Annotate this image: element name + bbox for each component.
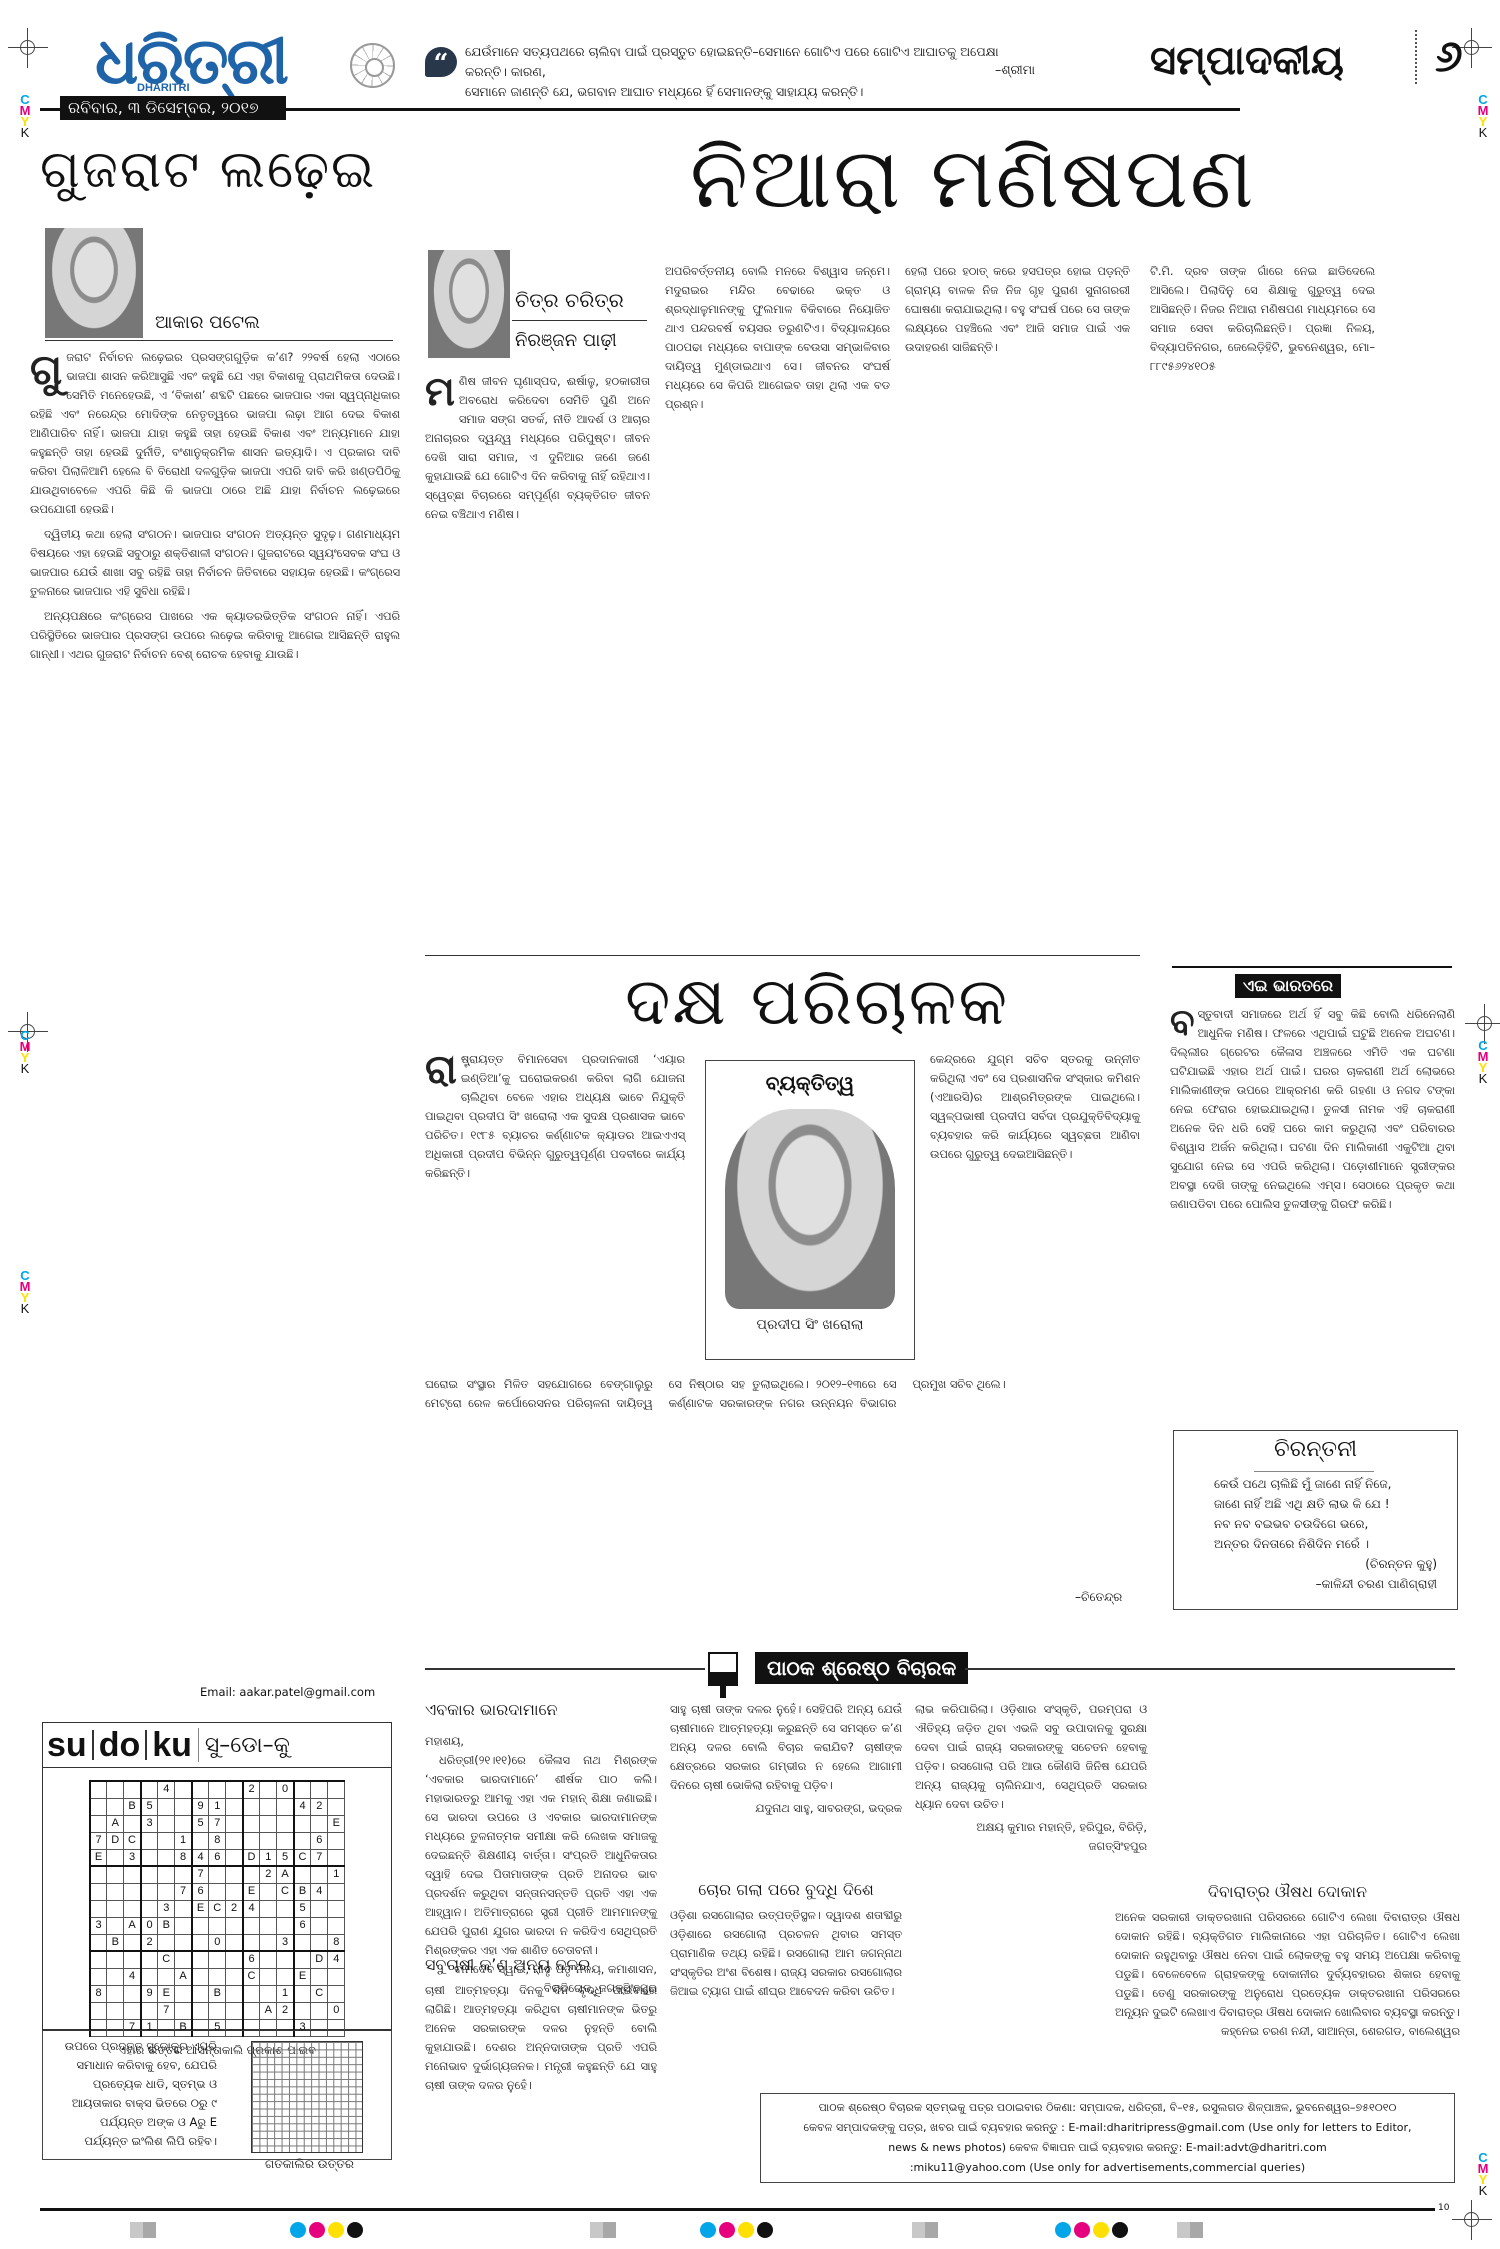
sudoku-cell[interactable]: A [277,1866,294,1883]
sudoku-cell[interactable] [209,1951,226,1968]
sudoku-cell[interactable] [141,1883,158,1900]
sudoku-cell[interactable] [158,1934,175,1951]
sudoku-cell[interactable] [260,1968,277,1985]
sudoku-cell[interactable]: E [243,1883,260,1900]
sudoku-cell[interactable]: 0 [328,2002,345,2019]
profile-caption: ପ୍ରଦୀପ ସିଂ ଖରୋଲା [706,1317,914,1333]
sudoku-cell[interactable] [260,1951,277,1968]
sudoku-cell[interactable]: B [209,1985,226,2002]
sudoku-cell[interactable] [311,1900,328,1917]
sudoku-cell[interactable] [328,1917,345,1934]
sudoku-cell[interactable]: 0 [277,1781,294,1798]
cmyk-marks-left-1: CMYK [18,1030,32,1074]
quote-of-day: ଯେଉଁମାନେ ସତ୍ୟପଥରେ ଚାଲିବା ପାଇଁ ପ୍ରସ୍ତୁତ ହ… [465,42,1040,102]
grey-patch [590,2222,616,2238]
color-dots [290,2222,366,2242]
sudoku-cell[interactable] [124,1934,141,1951]
sudoku-cell[interactable] [192,1934,209,1951]
sudoku-cell[interactable] [328,1883,345,1900]
sudoku-cell[interactable] [226,1832,243,1849]
sudoku-cell[interactable] [90,2002,107,2019]
cmyk-marks-right-mid: CMYK [1476,1040,1490,1084]
center-headline: ନିଆରା ମଣିଷପଣ [690,128,1255,228]
cmyk-marks-left-2: CMYK [18,1270,32,1314]
profile-photo [725,1109,895,1309]
sudoku-cell[interactable] [277,1900,294,1917]
previous-answer-grid [251,2041,363,2153]
sudoku-cell[interactable] [294,1985,311,2002]
sudoku-cell[interactable] [141,1951,158,1968]
sudoku-cell[interactable] [192,1832,209,1849]
left-article: ଗୁ ଜରାଟ ନିର୍ବାଚନ ଲଢ଼େଇର ପ୍ରସଙ୍ଗଗୁଡ଼ିକ କ’… [30,348,400,664]
sudoku-cell[interactable]: E [328,1815,345,1832]
sudoku-cell[interactable] [107,1985,124,2002]
right-article: ବ ସ୍ତୁବାଦୀ ସମାଜରେ ଅର୍ଥ ହିଁ ସବୁ କିଛି ବୋଲି… [1170,1005,1455,1214]
sudoku-cell[interactable]: 6 [294,1917,311,1934]
sudoku-cell[interactable] [226,1934,243,1951]
sudoku-cell[interactable] [226,1883,243,1900]
sudoku-cell[interactable]: 7 [192,1866,209,1883]
sudoku-cell[interactable] [260,1883,277,1900]
sudoku-cell[interactable]: A [175,1968,192,1985]
series-title: ଚିତ୍ର ଚରିତ୍ର [515,288,624,312]
sudoku-cell[interactable] [243,1832,260,1849]
poem-title-rule [1254,1471,1374,1472]
sudoku-cell[interactable]: C [243,1968,260,1985]
sudoku-cell[interactable] [141,2002,158,2019]
sudoku-cell[interactable] [260,1900,277,1917]
sudoku-cell[interactable]: 5 [294,1900,311,1917]
sudoku-cell[interactable] [175,2002,192,2019]
sudoku-cell[interactable] [277,1798,294,1815]
sudoku-cell[interactable] [209,1917,226,1934]
sudoku-cell[interactable] [226,1866,243,1883]
sudoku-cell[interactable] [158,1798,175,1815]
sudoku-cell[interactable] [226,1849,243,1866]
center-article-col2: ଅପରିବର୍ତ୍ତନୀୟ ବୋଲି ମନରେ ବିଶ୍ୱାସ ଜନ୍ମେ। ମ… [665,262,890,414]
mid-article-sign: –ଚିତେନ୍ଦ୍ର [1075,1590,1122,1605]
sudoku-cell[interactable] [90,1968,107,1985]
sudoku-cell[interactable] [158,1883,175,1900]
sudoku-cell[interactable]: 3 [90,1917,107,1934]
sudoku-cell[interactable]: 2 [226,1900,243,1917]
sudoku-cell[interactable] [158,1849,175,1866]
sudoku-cell[interactable]: 6 [311,1832,328,1849]
mailbox-icon [708,1648,746,1692]
sudoku-box: su do ku ସୁ–ଡୋ–କୁ 420B59142A357E7DC186E3… [42,1722,392,2030]
sudoku-cell[interactable] [277,1815,294,1832]
sudoku-cell[interactable] [311,1968,328,1985]
sudoku-cell[interactable] [90,1934,107,1951]
letter-title: ଏବକାର ଭାରଦାମାନେ [425,1700,657,1720]
sudoku-cell[interactable] [124,1951,141,1968]
sudoku-cell[interactable] [260,1815,277,1832]
letter-title: ସବୁଚାଷୀ କ’ଣ ଅନ୍ୟ ଦଳର [425,1955,657,1975]
letter-title: ଦିବାରାତ୍ର ଔଷଧ ଦୋକାନ [1115,1882,1460,1902]
sudoku-cell[interactable]: E [192,1900,209,1917]
letter-5-medicine-shop: ଦିବାରାତ୍ର ଔଷଧ ଦୋକାନ ଅନେକ ସରକାରୀ ଡାକ୍ତରଖା… [1115,1882,1460,2041]
sudoku-cell[interactable]: 3 [141,1815,158,1832]
sudoku-cell[interactable] [90,1798,107,1815]
sudoku-cell[interactable]: A [107,1815,124,1832]
sudoku-cell[interactable] [294,1781,311,1798]
quote-bubble-icon: “ [425,47,457,77]
sudoku-row: 3A0B6 [90,1917,345,1934]
sudoku-cell[interactable] [124,1781,141,1798]
sudoku-cell[interactable] [124,1883,141,1900]
sudoku-cell[interactable]: 8 [90,1985,107,2002]
newspaper-logo-latin: DHARITRI [137,82,190,94]
right-section-rule [1172,966,1452,968]
sudoku-cell[interactable]: 3 [158,1900,175,1917]
sudoku-cell[interactable] [107,1900,124,1917]
sudoku-cell[interactable] [226,1781,243,1798]
sudoku-cell[interactable]: 0 [209,1934,226,1951]
letters-banner: ପାଠକ ଶ୍ରେଷ୍ଠ ବିଚାରକ [755,1652,968,1684]
sudoku-cell[interactable] [107,1917,124,1934]
sudoku-cell[interactable]: 7 [90,1832,107,1849]
sudoku-cell[interactable] [175,1934,192,1951]
sudoku-cell[interactable] [192,1951,209,1968]
sudoku-cell[interactable] [243,1985,260,2002]
sudoku-cell[interactable]: 1 [277,1985,294,2002]
page-number: ୬ [1415,30,1463,84]
sudoku-cell[interactable] [90,1900,107,1917]
sudoku-row: E3846D15C7 [90,1849,345,1866]
sudoku-cell[interactable]: C [294,1849,311,1866]
sudoku-cell[interactable] [192,1968,209,1985]
sudoku-cell[interactable]: 8 [175,1849,192,1866]
sudoku-cell[interactable]: 8 [209,1832,226,1849]
sudoku-row: A357E [90,1815,345,1832]
sudoku-answer-panel: ଉପରେ ପ୍ରଦତ୍ତ ସୁଡୋକୁର ଏପରି ସମାଧାନ କରିବାକୁ… [42,2030,392,2160]
sudoku-cell[interactable]: B [124,1798,141,1815]
edition-date: ରବିବାର, ୩ ଡିସେମ୍ବର, ୨୦୧୭ [60,96,286,120]
sudoku-cell[interactable] [328,1798,345,1815]
sudoku-cell[interactable]: 1 [260,1849,277,1866]
color-dots [700,2222,776,2242]
center-article-col1: ମ ଣିଷ ଜୀବନ ଘୃଣାସ୍ପଦ, ଈର୍ଷାଳୁ, ହଠକାରୀତା ଅ… [425,372,650,524]
sudoku-cell[interactable] [192,2002,209,2019]
sudoku-cell[interactable] [107,1798,124,1815]
sudoku-cell[interactable] [90,1883,107,1900]
mid-article-col1: ରା ଷ୍ଟ୍ରାୟତ୍ତ ବିମାନସେବା ପ୍ରଦାନକାରୀ ‘ଏୟାର… [425,1050,685,1183]
sudoku-cell[interactable]: 7 [311,1849,328,1866]
poem-title: ଚିରନ୍ତନୀ [1174,1437,1457,1462]
sudoku-cell[interactable] [141,1781,158,1798]
sudoku-cell[interactable]: 7 [175,1883,192,1900]
letters-rule-left [425,1668,705,1670]
profile-box: ବ୍ୟକ୍ତିତ୍ୱ ପ୍ରଦୀପ ସିଂ ଖରୋଲା [705,1060,915,1360]
sudoku-cell[interactable] [175,1951,192,1968]
quote-author: –ଶ୍ରୀମା [995,62,1035,78]
sudoku-cell[interactable]: E [158,1985,175,2002]
folio-number: 10 [1438,2203,1449,2213]
sudoku-row: 72A1 [90,1866,345,1883]
sudoku-cell[interactable] [243,1917,260,1934]
sudoku-cell[interactable] [175,1798,192,1815]
sudoku-cell[interactable] [209,1781,226,1798]
center-author: ନିରଞ୍ଜନ ପାଢ଼ୀ [515,330,617,351]
sudoku-title: su do ku ସୁ–ଡୋ–କୁ [43,1723,391,1768]
sudoku-cell[interactable] [141,1866,158,1883]
previous-answer-caption: ଗତକାଲିର ଉତ୍ତର [265,2157,354,2172]
sudoku-cell[interactable]: 6 [209,1849,226,1866]
sudoku-cell[interactable] [226,1985,243,2002]
sudoku-cell[interactable] [226,1951,243,1968]
sudoku-cell[interactable]: 9 [192,1798,209,1815]
sudoku-cell[interactable] [277,1951,294,1968]
letter-title: ଚୋର ଗଲା ପରେ ବୁଦ୍ଧି ଦିଶେ [670,1880,902,1900]
sudoku-cell[interactable]: C [311,1985,328,2002]
letter-2-cont: ସାହୁ ଚାଷୀ ତାଙ୍କ ଦଳର ନୁହେଁ। ସେହିପରି ଅନ୍ୟ … [670,1700,902,1818]
poem-box: ଚିରନ୍ତନୀ କେଉଁ ପଥେ ଚାଲିଛି ମୁଁ ଜାଣେ ନାହିଁ … [1173,1430,1458,1610]
drop-cap: ମ [425,372,455,412]
sudoku-cell[interactable] [124,2002,141,2019]
sudoku-cell[interactable] [277,1917,294,1934]
sudoku-cell[interactable]: A [260,2002,277,2019]
sudoku-cell[interactable] [90,1781,107,1798]
sudoku-cell[interactable] [294,1866,311,1883]
sudoku-cell[interactable] [175,1985,192,2002]
sudoku-cell[interactable]: 7 [158,2002,175,2019]
sudoku-cell[interactable] [311,1815,328,1832]
sudoku-cell[interactable]: 6 [243,1951,260,1968]
drop-cap: ଗୁ [30,348,62,392]
sudoku-cell[interactable]: 5 [141,1798,158,1815]
mid-article-bottom: ଘରୋଇ ସଂସ୍ଥାର ମିଳିତ ସହଯୋଗରେ ବେଙ୍ଗାଲୁରୁ ମେ… [425,1375,1140,1413]
sudoku-cell[interactable] [243,2002,260,2019]
sudoku-row: 420 [90,1781,345,1798]
sudoku-cell[interactable]: 1 [209,1798,226,1815]
center-article-col3: ହେଲା ପରେ ହଠାତ୍ କରେ ହସପତ୍ର ହୋଇ ପଡ଼ନ୍ତି ଗ୍… [905,262,1130,357]
sudoku-cell[interactable] [192,1985,209,2002]
sudoku-cell[interactable] [311,1781,328,1798]
sudoku-cell[interactable] [260,1798,277,1815]
sudoku-cell[interactable] [226,1798,243,1815]
center-article-col4: ଟି.ମି. ଦ୍ରବ ତାଙ୍କ ଗାଁରେ ନେଇ ଛାଡିଦେଲେ ଆସି… [1150,262,1375,376]
sudoku-cell[interactable] [175,1900,192,1917]
grey-patch [1177,2222,1203,2238]
sudoku-cell[interactable] [192,1781,209,1798]
profile-label: ବ୍ୟକ୍ତିତ୍ୱ [706,1071,914,1095]
drop-cap: ବ [1170,1005,1195,1041]
sudoku-cell[interactable] [192,1917,209,1934]
sudoku-cell[interactable]: 4 [158,1781,175,1798]
sudoku-cell[interactable]: C [277,1883,294,1900]
sudoku-cell[interactable] [294,1951,311,1968]
sudoku-cell[interactable] [311,2002,328,2019]
sudoku-cell[interactable]: C [209,1900,226,1917]
sudoku-cell[interactable] [141,1849,158,1866]
sudoku-cell[interactable] [328,1900,345,1917]
mid-headline: ଦକ୍ଷ ପରିଚାଳକ [625,960,1009,1044]
cmyk-marks-top-right: CMYK [1476,94,1490,138]
sudoku-cell[interactable]: 1 [175,1832,192,1849]
sudoku-row: B2038 [90,1934,345,1951]
sudoku-cell[interactable]: 1 [328,1866,345,1883]
sudoku-cell[interactable] [107,1951,124,1968]
sudoku-cell[interactable] [90,1866,107,1883]
footer-rule [40,2208,1435,2211]
wheel-emblem-icon [350,43,395,88]
sudoku-cell[interactable] [209,2002,226,2019]
sudoku-row: 4ACE [90,1968,345,1985]
sudoku-cell[interactable]: D [311,1951,328,1968]
sudoku-cell[interactable] [158,1815,175,1832]
sudoku-cell[interactable] [260,1832,277,1849]
sudoku-cell[interactable] [243,1798,260,1815]
sudoku-cell[interactable] [294,1815,311,1832]
sudoku-cell[interactable]: 3 [124,1849,141,1866]
left-author-email[interactable]: Email: aakar.patel@gmail.com [200,1685,375,1699]
sudoku-row: 3EC245 [90,1900,345,1917]
sudoku-cell[interactable] [328,1985,345,2002]
sudoku-grid[interactable]: 420B59142A357E7DC186E3846D15C772A176ECB4… [89,1780,346,2037]
sudoku-cell[interactable] [141,1968,158,1985]
mid-divider [425,955,1140,956]
sudoku-cell[interactable]: D [107,1832,124,1849]
sudoku-cell[interactable]: 2 [277,2002,294,2019]
registration-mark-bottom-right [1452,2200,1492,2240]
sudoku-cell[interactable] [243,1934,260,1951]
sudoku-cell[interactable] [209,1968,226,1985]
sudoku-cell[interactable]: 5 [277,1849,294,1866]
sudoku-cell[interactable] [226,2002,243,2019]
sudoku-cell[interactable] [141,1832,158,1849]
sudoku-cell[interactable] [243,1866,260,1883]
section-title: ସମ୍ପାଦକୀୟ [1150,34,1344,88]
sudoku-cell[interactable]: 2 [311,1798,328,1815]
sudoku-cell[interactable] [260,1781,277,1798]
sudoku-cell[interactable]: 2 [260,1866,277,1883]
letter-1: ଏବକାର ଭାରଦାମାନେ ମହାଶୟ, ଧରିତ୍ରୀ(୨୧।୧୧)ରେ … [425,1700,657,1998]
sudoku-cell[interactable]: 0 [141,1917,158,1934]
sudoku-cell[interactable] [328,1968,345,1985]
sudoku-cell[interactable] [158,1832,175,1849]
sudoku-cell[interactable] [90,1951,107,1968]
sudoku-cell[interactable] [243,1815,260,1832]
sudoku-cell[interactable] [294,2002,311,2019]
sudoku-cell[interactable] [107,2002,124,2019]
sudoku-cell[interactable]: 4 [328,1951,345,1968]
sudoku-cell[interactable] [328,1849,345,1866]
cmyk-marks-bottom-right: CMYK [1476,2152,1490,2196]
sudoku-cell[interactable]: 5 [192,1815,209,1832]
sudoku-cell[interactable] [107,1849,124,1866]
drop-cap: ରା [425,1050,457,1090]
letters-contact-box: ପାଠକ ଶ୍ରେଷ୍ଠ ବିଚାରକ ସ୍ତମ୍ଭକୁ ପତ୍ର ପଠାଇବା… [760,2093,1455,2183]
sudoku-cell[interactable] [294,1934,311,1951]
sudoku-cell[interactable] [158,1866,175,1883]
letters-rule-right [965,1668,1455,1670]
sudoku-cell[interactable]: 4 [294,1798,311,1815]
sudoku-cell[interactable]: E [90,1849,107,1866]
sudoku-cell[interactable] [107,1866,124,1883]
author-photo-aakar-patel [45,228,143,338]
sudoku-cell[interactable]: B [158,1917,175,1934]
sudoku-row: 7A20 [90,2002,345,2019]
sudoku-cell[interactable]: E [294,1968,311,1985]
sudoku-cell[interactable] [107,1781,124,1798]
sudoku-cell[interactable]: 2 [141,1934,158,1951]
sudoku-cell[interactable] [277,1832,294,1849]
sudoku-cell[interactable] [328,1781,345,1798]
sudoku-cell[interactable]: A [124,1917,141,1934]
sudoku-cell[interactable]: B [107,1934,124,1951]
sudoku-cell[interactable] [124,1866,141,1883]
sudoku-cell[interactable] [260,1917,277,1934]
sudoku-row: B59142 [90,1798,345,1815]
sudoku-cell[interactable]: B [294,1883,311,1900]
sudoku-row: C6D4 [90,1951,345,1968]
sudoku-cell[interactable]: 4 [124,1968,141,1985]
color-dots [1055,2222,1131,2242]
left-author: ଆକାର ପଟେଲ [155,312,260,333]
sudoku-cell[interactable] [294,1832,311,1849]
sudoku-cell[interactable] [124,1815,141,1832]
sudoku-cell[interactable] [209,1883,226,1900]
letter-3: ଚୋର ଗଲା ପରେ ବୁଦ୍ଧି ଦିଶେ ଓଡ଼ିଶା ରସଗୋଲାର ଉ… [670,1880,902,2001]
sudoku-cell[interactable] [175,1917,192,1934]
poem-lines: କେଉଁ ପଥେ ଚାଲିଛି ମୁଁ ଜାଣେ ନାହିଁ ନିଜେ, ଜାଣ… [1174,1462,1457,1594]
sudoku-cell[interactable] [260,1985,277,2002]
sudoku-cell[interactable] [175,1815,192,1832]
sudoku-cell[interactable]: C [124,1832,141,1849]
letter-2: ସବୁଚାଷୀ କ’ଣ ଅନ୍ୟ ଦଳର ଚାଷୀ ଆତ୍ମହତ୍ୟା ଦିନକ… [425,1955,657,2095]
sudoku-cell[interactable] [260,1934,277,1951]
sudoku-cell[interactable] [311,1917,328,1934]
sudoku-cell[interactable] [226,1968,243,1985]
sudoku-cell[interactable] [311,1866,328,1883]
sudoku-cell[interactable]: 2 [243,1781,260,1798]
sudoku-cell[interactable]: 3 [277,1934,294,1951]
sudoku-row: 7DC186 [90,1832,345,1849]
grey-patch [912,2222,938,2238]
section-tag-ei-bharatare: ଏଇ ଭାରତରେ [1235,974,1341,998]
sudoku-row: 89EB1C [90,1985,345,2002]
sudoku-cell[interactable] [209,1866,226,1883]
sudoku-cell[interactable] [107,1968,124,1985]
sudoku-cell[interactable] [277,1968,294,1985]
sudoku-cell[interactable] [175,1866,192,1883]
grey-patch [130,2222,156,2238]
sudoku-cell[interactable] [107,1883,124,1900]
registration-mark-top-left [8,28,48,68]
sudoku-cell[interactable]: 9 [141,1985,158,2002]
sudoku-cell[interactable]: 4 [243,1900,260,1917]
sudoku-cell[interactable]: 7 [209,1815,226,1832]
sudoku-cell[interactable]: C [158,1951,175,1968]
sudoku-cell[interactable] [124,1900,141,1917]
sudoku-cell[interactable]: D [243,1849,260,1866]
sudoku-cell[interactable] [226,1815,243,1832]
sudoku-cell[interactable]: 6 [192,1883,209,1900]
sudoku-cell[interactable] [158,1968,175,1985]
sudoku-cell[interactable]: 4 [192,1849,209,1866]
sudoku-cell[interactable] [141,1900,158,1917]
author-photo-niranjan-padhi [428,250,510,358]
sudoku-cell[interactable] [175,1781,192,1798]
sudoku-cell[interactable] [328,1832,345,1849]
sudoku-cell[interactable]: 8 [328,1934,345,1951]
sudoku-cell[interactable]: 4 [311,1883,328,1900]
left-headline: ଗୁଜରାଟ ଲଢ଼େଇ [40,135,376,205]
sudoku-cell[interactable] [90,1815,107,1832]
sudoku-cell[interactable] [311,1934,328,1951]
sudoku-cell[interactable] [226,1917,243,1934]
sudoku-cell[interactable] [124,1985,141,2002]
